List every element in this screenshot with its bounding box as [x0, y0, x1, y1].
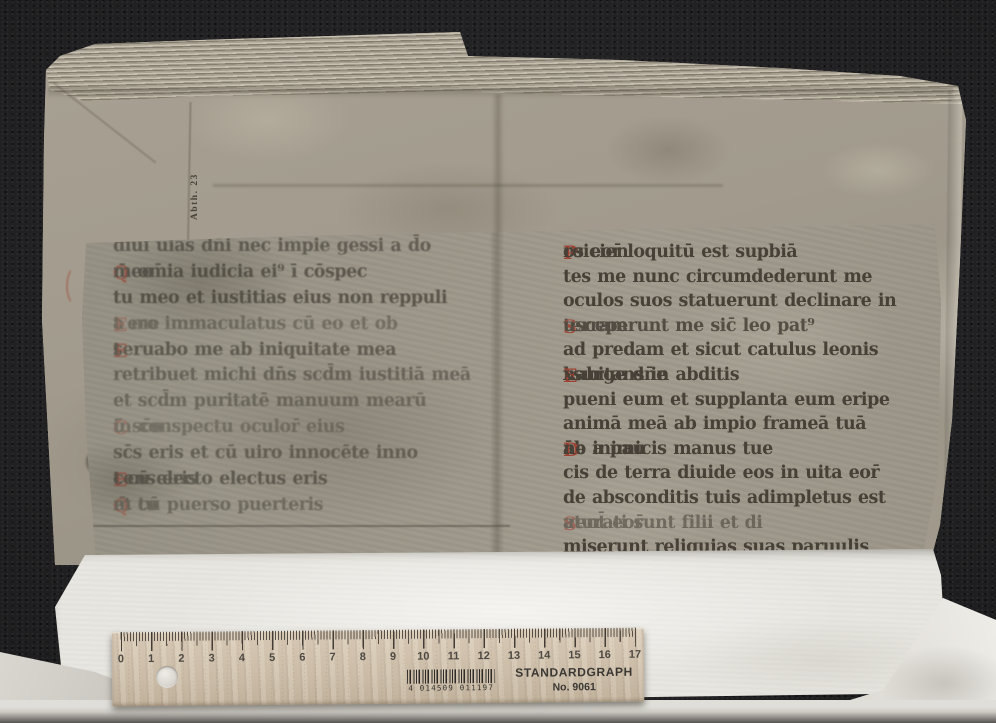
- ruler-cm-label: 4: [239, 652, 245, 664]
- ruler-cm-label: 11: [448, 650, 460, 662]
- manuscript-line: tu meo et iustitias eius non reppuli: [113, 288, 503, 314]
- manuscript-line: animā meā ab impio frameā tuā: [563, 414, 941, 439]
- manuscript-line: in conspectu oculor̄ eius Cū sc̄o: [113, 417, 503, 443]
- ruler-cm-label: 8: [360, 651, 366, 663]
- manuscript-line: ad predam et sicut catulus leonis: [563, 340, 941, 365]
- ruler-brand: STANDARDGRAPH: [504, 665, 644, 680]
- manuscript-line: os eor̄ loquitū est supbiā Proicien: [563, 242, 941, 267]
- text-bifolium: diui uias dn̄i nec impie gessi a d̄omeo …: [80, 222, 942, 568]
- manuscript-line: cis de terra diuide eos in uita eor̄: [563, 463, 941, 488]
- manuscript-line: cens eris Et cū electo electus eris: [113, 469, 503, 495]
- ruler-cm-label: 2: [178, 653, 184, 665]
- barcode: 4 014509 011197: [407, 669, 495, 694]
- ruler-cm-label: 3: [209, 652, 215, 664]
- manuscript-line: sc̄s eris et cū uiro innocēte inno: [113, 443, 503, 469]
- manuscript-line: pueni eum et supplanta eum eripe: [563, 390, 941, 415]
- ruler-cm-label: 16: [599, 649, 611, 661]
- barcode-digits: 4 014509 011197: [401, 683, 501, 693]
- left-page-text: diui uias dn̄i nec impie gessi a d̄omeo …: [113, 236, 503, 521]
- ruler-cm-label: 17: [629, 649, 641, 661]
- manuscript-line: oculos suos statuerunt declinare in: [563, 291, 941, 316]
- manuscript-line: ab inimicis manus tue Dn̄e a pau: [563, 439, 941, 464]
- manuscript-line: terram Susceperunt me sic̄ leo pat⁹: [563, 316, 941, 341]
- manuscript-line: et cū puerso puerteris Qm̄ tu: [113, 495, 503, 521]
- cm-ticks: [121, 628, 636, 651]
- ruler-cm-label: 12: [478, 650, 490, 662]
- bottom-crease: [90, 525, 510, 527]
- manuscript-line: et scd̄m puritatē manuum mearū: [113, 391, 503, 417]
- ruler: 01234567891011121314151617 4 014509 0111…: [112, 628, 645, 707]
- horizontal-crease: [213, 184, 723, 187]
- shelfmark-stamp: Abth. 23: [190, 146, 200, 220]
- ruler-cm-label: 10: [417, 651, 429, 663]
- ruler-cm-label: 6: [299, 652, 305, 664]
- ruler-cm-label: 1: [148, 653, 154, 665]
- manuscript-line: seruabo me ab iniquitate mea Et: [113, 340, 503, 366]
- ruler-cm-label: 5: [269, 652, 275, 664]
- manuscript-line: retribuet michi dn̄s scd̄m iustitiā mea…: [113, 365, 503, 391]
- manuscript-line: meo Qm̄ om̄ia iudicia ei⁹ ī cōspec: [113, 262, 503, 288]
- barcode-bars: [407, 669, 495, 684]
- manuscript-line: tes me nunc circumdederunt me: [563, 267, 941, 292]
- ruler-hole: [156, 666, 178, 688]
- photo-scene: Abth. 23 diui uias dn̄i nec impie gessi …: [0, 0, 996, 723]
- cover-right-rim: [944, 90, 963, 550]
- ruler-cm-label: 9: [390, 651, 396, 663]
- ruler-cm-label: 7: [329, 651, 335, 663]
- ruler-cm-label: 14: [538, 649, 550, 661]
- right-page-text: os eor̄ loquitū est supbiā Proicientes…: [563, 242, 941, 562]
- ruler-brand-block: STANDARDGRAPH No. 9061: [504, 665, 644, 694]
- ruler-cm-label: 15: [568, 649, 580, 661]
- manuscript-line: a me Et ero immaculatus cū eo et ob: [113, 314, 503, 340]
- ruler-model: No. 9061: [504, 681, 644, 694]
- manuscript-line: habitans in abditis Exsurge dn̄e: [563, 365, 941, 390]
- manuscript-line: uent̄ eor̄ Saturati sunt filii et di: [563, 513, 941, 538]
- manuscript-line: de absconditis tuis adimpletus est: [563, 488, 941, 513]
- ruler-cm-label: 0: [118, 653, 124, 665]
- ruler-cm-label: 13: [508, 650, 520, 662]
